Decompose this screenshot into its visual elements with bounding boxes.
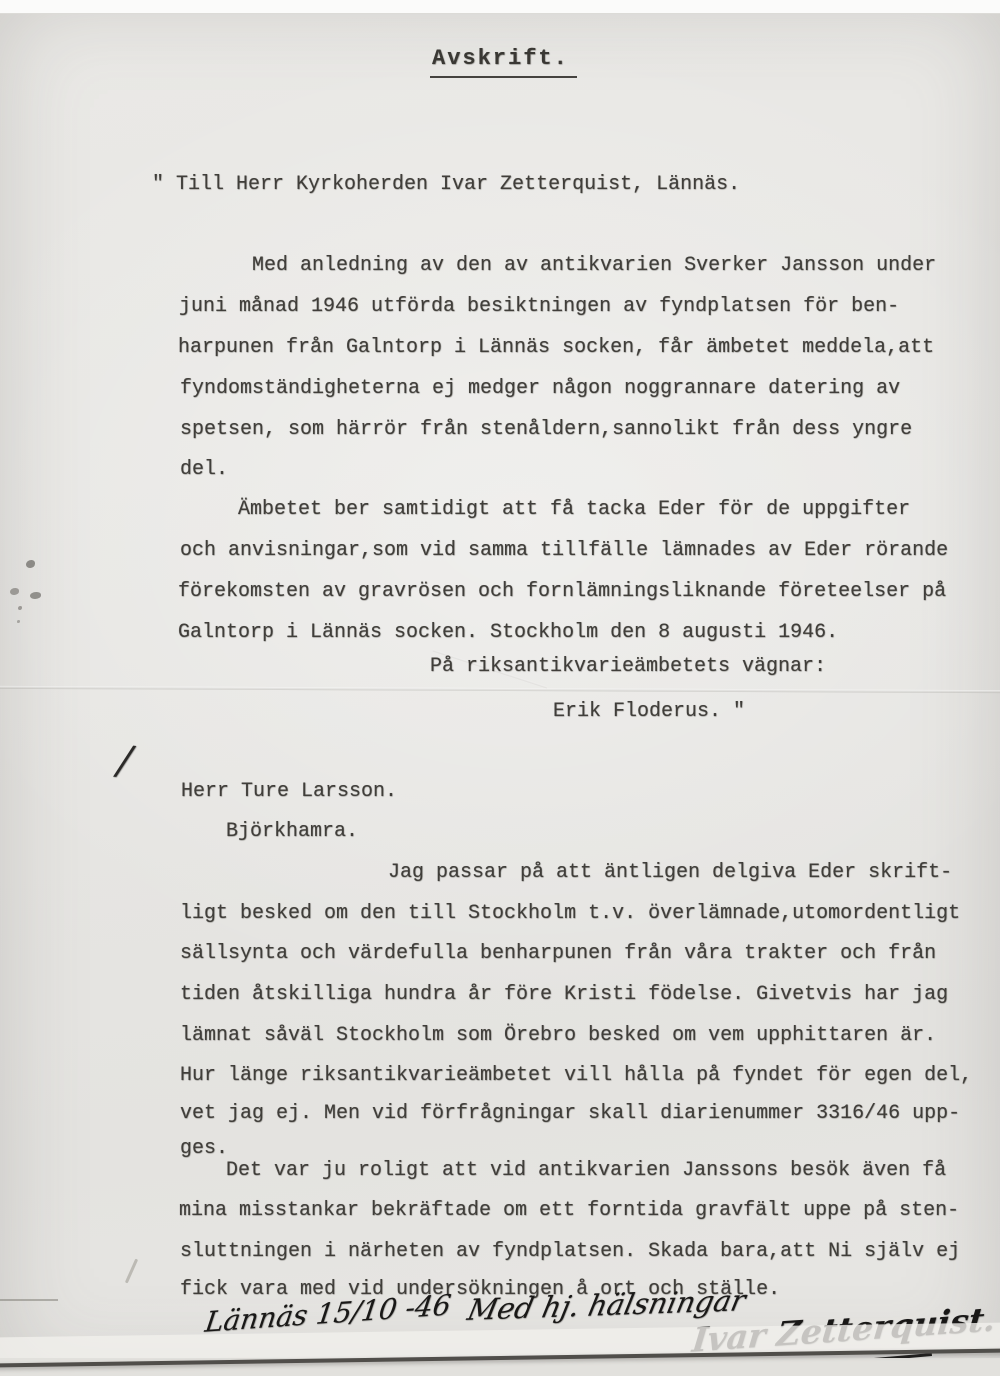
typed-line: harpunen från Galntorp i Lännäs socken, … xyxy=(178,335,934,361)
typed-line: Med anledning av den av antikvarien Sver… xyxy=(252,253,936,279)
typed-line: sluttningen i närheten av fyndplatsen. S… xyxy=(180,1239,960,1265)
typed-line: Det var ju roligt att vid antikvarien Ja… xyxy=(226,1158,946,1184)
handwritten-slash-mark: / xyxy=(116,737,134,784)
typed-line: del. xyxy=(180,457,228,483)
ink-smudge xyxy=(18,606,22,610)
typed-line: Hur länge riksantikvarieämbetet vill hål… xyxy=(180,1063,972,1089)
recipient-place-line: Björkhamra. xyxy=(226,819,358,845)
ink-smudge xyxy=(26,560,35,568)
typed-line: Jag passar på att äntligen delgiva Eder … xyxy=(388,860,952,886)
typed-line: spetsen, som härrör från stenåldern,sann… xyxy=(180,417,912,443)
typed-line: Ämbetet ber samtidigt att få tacka Eder … xyxy=(238,497,910,523)
typed-line: lämnat såväl Stockholm som Örebro besked… xyxy=(180,1023,936,1049)
paper-fold-line xyxy=(0,1299,58,1301)
pencil-mark xyxy=(125,1259,138,1284)
page-title: Avskrift. xyxy=(430,46,577,78)
typed-line: fyndomständigheterna ej medger någon nog… xyxy=(180,376,900,402)
typed-line: vet jag ej. Men vid förfrågningar skall … xyxy=(180,1101,960,1127)
salutation-line: " Till Herr Kyrkoherden Ivar Zetterquist… xyxy=(152,172,740,198)
scanned-letter-page: Avskrift. " Till Herr Kyrkoherden Ivar Z… xyxy=(0,0,1000,1376)
typed-line: tiden åtskilliga hundra år före Kristi f… xyxy=(180,982,948,1008)
recipient-name-line: Herr Ture Larsson. xyxy=(181,779,397,805)
ink-smudge xyxy=(30,592,41,599)
typed-line: och anvisningar,som vid samma tillfälle … xyxy=(180,538,948,564)
typed-line: mina misstankar bekräftade om ett fornti… xyxy=(179,1198,959,1224)
ink-smudge xyxy=(17,620,20,623)
transcript-signature: Erik Floderus. " xyxy=(553,699,745,725)
typed-line: ges. xyxy=(180,1136,228,1162)
typed-line: juni månad 1946 utförda besiktningen av … xyxy=(179,294,899,320)
signoff-line: På riksantikvarieämbetets vägnar: xyxy=(430,654,826,680)
typed-line: sällsynta och värdefulla benharpunen frå… xyxy=(180,941,936,967)
paper-crease xyxy=(0,686,1000,693)
typed-line: ligt besked om den till Stockholm t.v. ö… xyxy=(180,901,960,927)
scan-top-edge xyxy=(0,0,1000,14)
ink-smudge xyxy=(10,588,19,595)
typed-line: förekomsten av gravrösen och fornlämning… xyxy=(178,579,946,605)
typed-line: Galntorp i Lännäs socken. Stockholm den … xyxy=(178,620,838,646)
